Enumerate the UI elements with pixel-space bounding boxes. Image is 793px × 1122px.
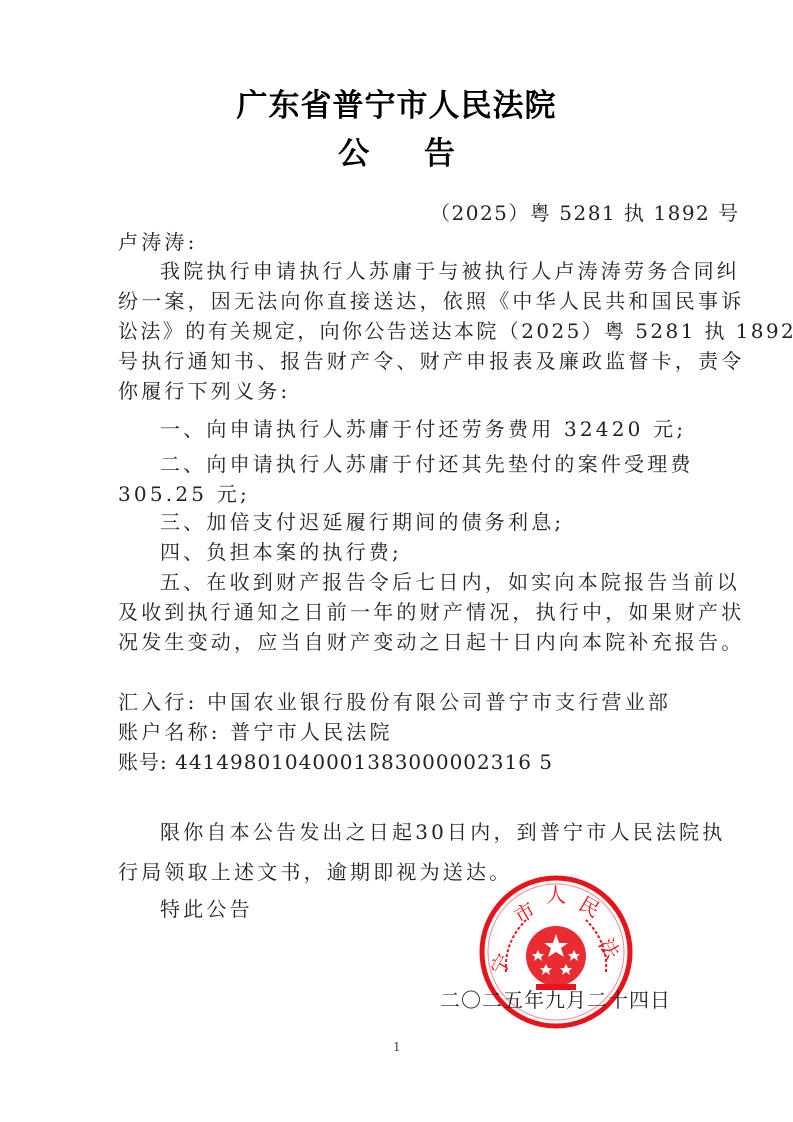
body-line: 我院执行申请执行人苏庸于与被执行人卢涛涛劳务合同纠: [160, 257, 740, 285]
svg-text:市: 市: [510, 897, 539, 928]
page-number: 1: [393, 1040, 401, 1054]
svg-text:人: 人: [546, 883, 566, 907]
body-line: 讼法》的有关规定，向你公告送达本院（2025）粤 5281 执 1892: [118, 317, 793, 345]
court-name-title: 广东省普宁市人民法院: [0, 80, 793, 125]
body-line: 号执行通知书、报告财产令、财产申报表及廉政监督卡，责令: [118, 347, 744, 375]
body-line: 纷一案，因无法向你直接送达，依照《中华人民共和国民事诉: [118, 287, 744, 315]
obligation-item: 三、加倍支付迟延履行期间的债务利息;: [160, 508, 564, 536]
obligation-item: 一、向申请执行人苏庸于付还劳务费用 32420 元;: [160, 415, 686, 443]
obligation-item: 及收到执行通知之日前一年的财产情况，执行中，如果财产状: [118, 598, 744, 626]
case-number: （2025）粤 5281 执 1892 号: [430, 199, 740, 227]
svg-text:民: 民: [575, 891, 604, 922]
closing-line: 限你自本公告发出之日起30日内，到普宁市人民法院执: [160, 818, 725, 846]
account-number: 账号: 44149801040001383000002316 5: [118, 748, 553, 776]
obligation-item: 305.25 元;: [118, 480, 250, 508]
obligation-item: 况发生变动，应当自财产变动之日起十日内向本院补充报告。: [118, 628, 744, 656]
closing-line: 行局领取上述文书，逾期即视为送达。: [118, 858, 512, 886]
document-type-title: 公 告: [0, 128, 793, 173]
obligation-item: 二、向申请执行人苏庸于付还其先垫付的案件受理费: [160, 450, 694, 478]
bank-name: 汇入行: 中国农业银行股份有限公司普宁市支行营业部: [118, 688, 671, 716]
addressee: 卢涛涛:: [118, 228, 198, 256]
obligation-item: 五、在收到财产报告令后七日内，如实向本院报告当前以: [160, 568, 740, 596]
svg-text:宁: 宁: [485, 950, 516, 979]
body-line: 你履行下列义务:: [118, 377, 290, 405]
closing-line: 特此公告: [160, 895, 253, 923]
issue-date: 二〇二五年九月二十四日: [440, 986, 671, 1014]
obligation-item: 四、负担本案的执行费;: [160, 538, 402, 566]
document-page: 广东省普宁市人民法院 公 告 （2025）粤 5281 执 1892 号 卢涛涛…: [0, 0, 793, 1122]
account-name: 账户名称: 普宁市人民法院: [118, 718, 393, 746]
